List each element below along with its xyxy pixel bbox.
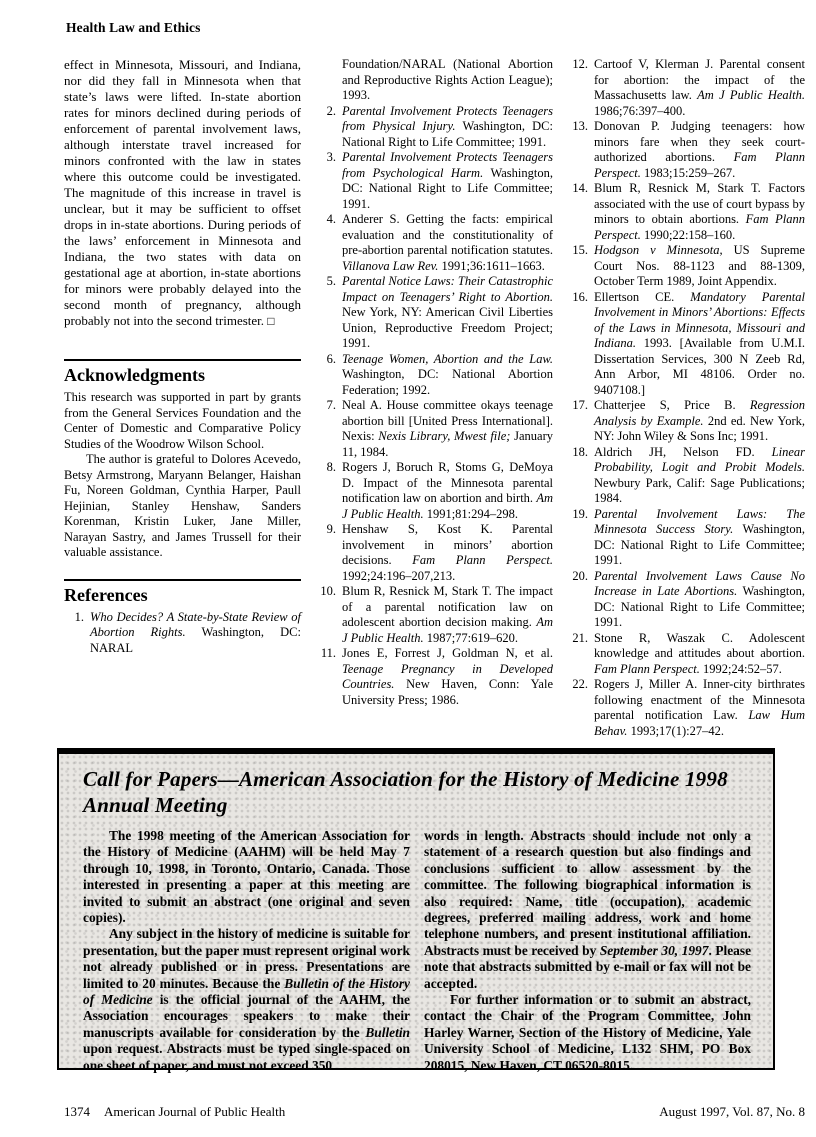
reference-item: 10.Blum R, Resnick M, Stark T. The impac… [316, 584, 553, 646]
article-paragraph: effect in Minnesota, Missouri, and India… [64, 57, 301, 329]
reference-item: 3.Parental Involvement Protects Teenager… [316, 150, 553, 212]
reference-item: 6.Teenage Women, Abortion and the Law. W… [316, 352, 553, 399]
reference-number: 10. [316, 584, 336, 600]
reference-number: 17. [568, 398, 588, 414]
reference-number: 14. [568, 181, 588, 197]
reference-text: Donovan P. Judging teenagers: how minors… [594, 119, 805, 180]
reference-text: Rogers J, Miller A. Inner-city birthrate… [594, 677, 805, 738]
column-middle: Foundation/NARAL (National Abortion and … [316, 57, 553, 739]
reference-number: 8. [316, 460, 336, 476]
reference-text: Neal A. House committee okays teenage ab… [342, 398, 553, 459]
reference-item: 1.Who Decides? A State-by-State Review o… [64, 610, 301, 657]
call-for-papers-title: Call for Papers—American Association for… [83, 766, 743, 818]
reference-item: 4.Anderer S. Getting the facts: empirica… [316, 212, 553, 274]
reference-item: 19.Parental Involvement Laws: The Minnes… [568, 507, 805, 569]
reference-text: Henshaw S, Kost K. Parental involvement … [342, 522, 553, 583]
reference-item: 12.Cartoof V, Klerman J. Parental consen… [568, 57, 805, 119]
reference-text: Ellertson CE. Mandatory Parental Involve… [594, 290, 805, 397]
reference-text: Rogers J, Boruch R, Stoms G, DeMoya D. I… [342, 460, 553, 521]
reference-text: Teenage Women, Abortion and the Law. Was… [342, 352, 553, 397]
reference-item: 15.Hodgson v Minnesota, US Supreme Court… [568, 243, 805, 290]
reference-text: Who Decides? A State-by-State Review of … [90, 610, 301, 655]
call-for-papers-columns: The 1998 meeting of the American Associa… [83, 828, 751, 1074]
reference-number: 19. [568, 507, 588, 523]
reference-number: 1. [64, 610, 84, 626]
reference-text: Hodgson v Minnesota, US Supreme Court No… [594, 243, 805, 288]
reference-text: Parental Involvement Protects Teenagers … [342, 150, 553, 211]
page-footer: 1374American Journal of Public Health Au… [64, 1104, 805, 1119]
article-paragraph-text: effect in Minnesota, Missouri, and India… [64, 57, 301, 328]
reference-item: 8.Rogers J, Boruch R, Stoms G, DeMoya D.… [316, 460, 553, 522]
reference-number: 12. [568, 57, 588, 73]
reference-text: Jones E, Forrest J, Goldman N, et al. Te… [342, 646, 553, 707]
reference-item: 18.Aldrich JH, Nelson FD. Linear Probabi… [568, 445, 805, 507]
acknowledgments-paragraph: The author is grateful to Dolores Aceved… [64, 452, 301, 561]
cfp-paragraph: For further information or to submit an … [424, 992, 751, 1074]
reference-text: Aldrich JH, Nelson FD. Linear Probabilit… [594, 445, 805, 506]
reference-item: 9.Henshaw S, Kost K. Parental involvemen… [316, 522, 553, 584]
footer-left: 1374American Journal of Public Health [64, 1104, 285, 1119]
reference-number: 5. [316, 274, 336, 290]
reference-item: 22.Rogers J, Miller A. Inner-city birthr… [568, 677, 805, 739]
reference-item: 17.Chatterjee S, Price B. Regression Ana… [568, 398, 805, 445]
reference-number: 20. [568, 569, 588, 585]
reference-text: Blum R, Resnick M, Stark T. The impact o… [342, 584, 553, 645]
reference-number: 11. [316, 646, 336, 662]
cfp-paragraph: The 1998 meeting of the American Associa… [83, 828, 410, 926]
reference-item: 21.Stone R, Waszak C. Adolescent knowled… [568, 631, 805, 678]
cfp-paragraph: Any subject in the history of medicine i… [83, 926, 410, 1074]
call-for-papers-box: Call for Papers—American Association for… [57, 748, 775, 1070]
acknowledgments-heading: Acknowledgments [64, 365, 301, 385]
reference-item: 16.Ellertson CE. Mandatory Parental Invo… [568, 290, 805, 399]
acknowledgments-section: Acknowledgments This research was suppor… [64, 359, 301, 561]
reference-text: Parental Involvement Laws Cause No Incre… [594, 569, 805, 630]
reference-number: 6. [316, 352, 336, 368]
reference-item: 14.Blum R, Resnick M, Stark T. Factors a… [568, 181, 805, 243]
reference-number: 22. [568, 677, 588, 693]
reference-item: 2.Parental Involvement Protects Teenager… [316, 104, 553, 151]
reference-number: 3. [316, 150, 336, 166]
reference-text: Stone R, Waszak C. Adolescent knowledge … [594, 631, 805, 676]
cfp-column-right: words in length. Abstracts should includ… [424, 828, 751, 1074]
reference-item: 7.Neal A. House committee okays teenage … [316, 398, 553, 460]
page-number: 1374 [64, 1104, 90, 1119]
article-columns: effect in Minnesota, Missouri, and India… [64, 57, 805, 739]
acknowledgments-paragraph: This research was supported in part by g… [64, 390, 301, 452]
reference-number: 15. [568, 243, 588, 259]
issue-info: August 1997, Vol. 87, No. 8 [659, 1104, 805, 1119]
column-right: 12.Cartoof V, Klerman J. Parental consen… [568, 57, 805, 739]
cfp-column-left: The 1998 meeting of the American Associa… [83, 828, 410, 1074]
reference-text: Parental Involvement Laws: The Minnesota… [594, 507, 805, 568]
reference-item: 5.Parental Notice Laws: Their Catastroph… [316, 274, 553, 352]
journal-name: American Journal of Public Health [104, 1104, 285, 1119]
reference-number: 4. [316, 212, 336, 228]
reference-text: Parental Notice Laws: Their Catastrophic… [342, 274, 553, 350]
reference-item: 11.Jones E, Forrest J, Goldman N, et al.… [316, 646, 553, 708]
running-head: Health Law and Ethics [66, 20, 201, 36]
reference-text: Blum R, Resnick M, Stark T. Factors asso… [594, 181, 805, 242]
references-heading: References [64, 585, 301, 605]
reference-number: 21. [568, 631, 588, 647]
reference-number: 16. [568, 290, 588, 306]
cfp-paragraph: words in length. Abstracts should includ… [424, 828, 751, 992]
references-section: References 1.Who Decides? A State-by-Sta… [64, 579, 301, 657]
reference-number: 13. [568, 119, 588, 135]
reference-text: Cartoof V, Klerman J. Parental consent f… [594, 57, 805, 118]
journal-page: Health Law and Ethics effect in Minnesot… [0, 0, 816, 1137]
reference-item: 13.Donovan P. Judging teenagers: how min… [568, 119, 805, 181]
reference-number: 2. [316, 104, 336, 120]
reference-text: Anderer S. Getting the facts: empirical … [342, 212, 553, 273]
reference-number: 7. [316, 398, 336, 414]
reference-continuation: Foundation/NARAL (National Abortion and … [316, 57, 553, 104]
column-left: effect in Minnesota, Missouri, and India… [64, 57, 301, 739]
reference-number: 18. [568, 445, 588, 461]
reference-text: Parental Involvement Protects Teenagers … [342, 104, 553, 149]
reference-text: Foundation/NARAL (National Abortion and … [342, 57, 553, 102]
reference-item: 20.Parental Involvement Laws Cause No In… [568, 569, 805, 631]
reference-number: 9. [316, 522, 336, 538]
end-of-article-mark: □ [267, 314, 274, 328]
reference-text: Chatterjee S, Price B. Regression Analys… [594, 398, 805, 443]
